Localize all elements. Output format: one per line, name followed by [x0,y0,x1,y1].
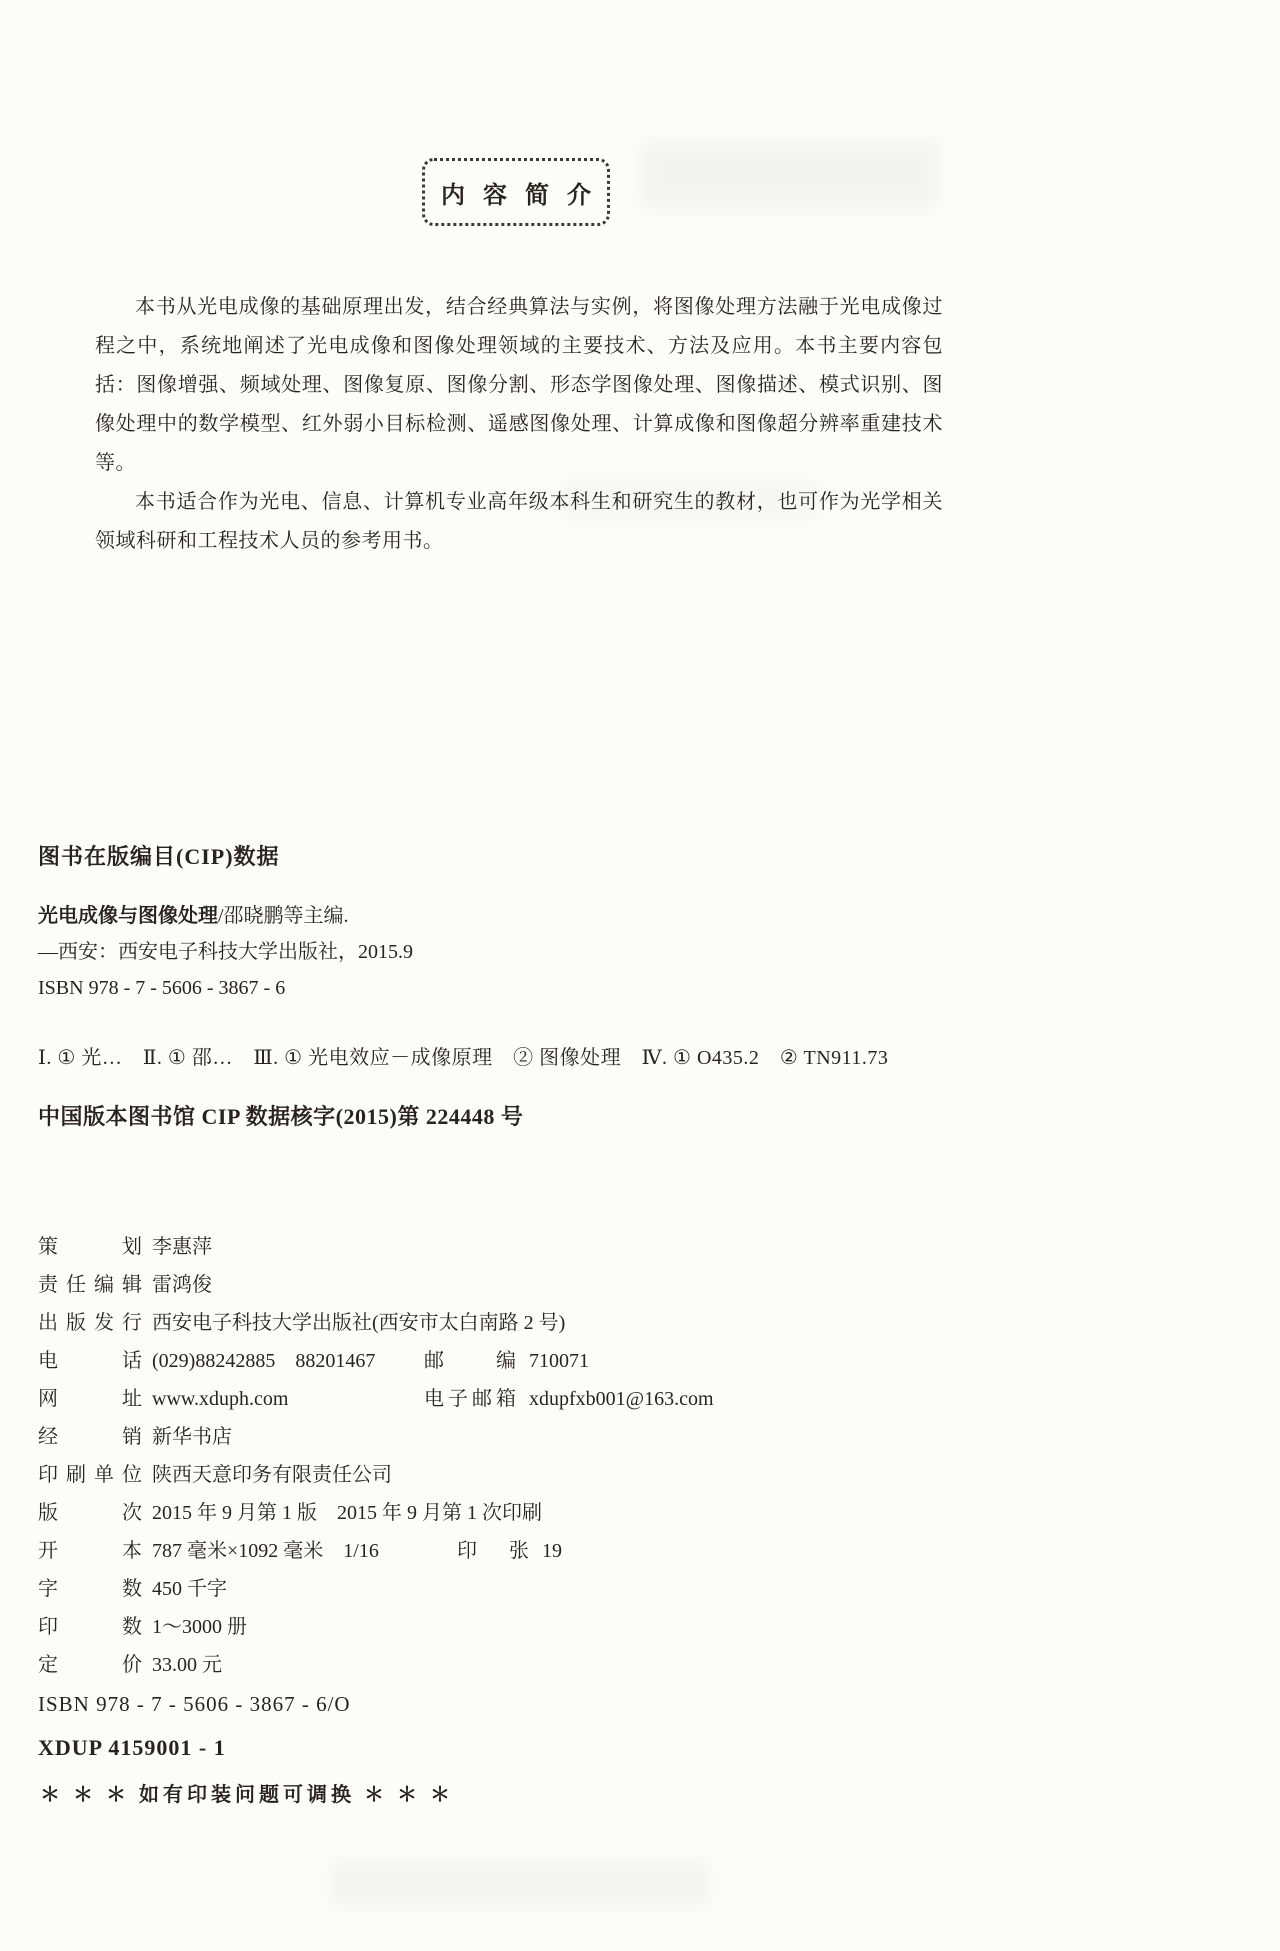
colophon-value: 450 千字 [152,1570,968,1608]
intro-paragraph-2: 本书适合作为光电、信息、计算机专业高年级本科生和研究生的教材，也可作为光学相关领… [95,483,943,561]
colophon-value: (029)88242885 88201467 [152,1342,424,1380]
colophon-row-distributor: 经销 新华书店 [38,1418,968,1456]
colophon-row-price: 定价 33.00 元 [38,1646,968,1684]
colophon-label: 开本 [38,1532,142,1570]
colophon-value-url: www.xduph.com [152,1380,424,1418]
cip-book-title: 光电成像与图像处理 [38,905,218,927]
intro-box-title: 内容简介 [441,175,609,210]
colophon-row-phone: 电话 (029)88242885 88201467 邮编 710071 [38,1342,968,1380]
cip-title-line: 光电成像与图像处理/邵晓鹏等主编. [38,898,968,934]
colophon-row-printrun: 印数 1～3000 册 [38,1608,968,1646]
colophon-label: 电话 [38,1342,142,1380]
colophon-label: 版次 [38,1494,142,1532]
colophon: 策划 李惠萍 责任编辑 雷鸿俊 出版发行 西安电子科技大学出版社(西安市太白南路… [38,1228,968,1684]
colophon-label: 字数 [38,1570,142,1608]
colophon-value: 2015 年 9 月第 1 版 2015 年 9 月第 1 次印刷 [152,1494,968,1532]
colophon-row-planner: 策划 李惠萍 [38,1228,968,1266]
colophon-value: 新华书店 [152,1418,968,1456]
colophon-label: 网址 [38,1380,142,1418]
colophon-label: 出版发行 [38,1304,142,1342]
footer-exchange-note: ＊ ＊ ＊ 如有印装问题可调换 ＊ ＊ ＊ [40,1778,454,1807]
colophon-value: 李惠萍 [152,1228,968,1266]
colophon-row-website: 网址 www.xduph.com 电子邮箱 xdupfxb001@163.com [38,1380,968,1418]
colophon-row-wordcount: 字数 450 千字 [38,1570,968,1608]
colophon-value: 雷鸿俊 [152,1266,968,1304]
footer-xdup-code: XDUP 4159001 - 1 [38,1735,226,1761]
colophon-value: 陕西天意印务有限责任公司 [152,1456,968,1494]
intro-text: 本书从光电成像的基础原理出发，结合经典算法与实例，将图像处理方法融于光电成像过程… [95,288,943,561]
footer-isbn-line: ISBN 978 - 7 - 5606 - 3867 - 6/O [38,1692,351,1717]
colophon-value: 33.00 元 [152,1646,968,1684]
colophon-value: 787 毫米×1092 毫米 1/16 [152,1532,457,1570]
colophon-label-email: 电子邮箱 [424,1380,516,1418]
cip-block: 图书在版编目(CIP)数据 光电成像与图像处理/邵晓鹏等主编. —西安：西安电子… [38,840,968,1131]
colophon-value-email: xdupfxb001@163.com [529,1380,714,1418]
cip-heading: 图书在版编目(CIP)数据 [38,840,968,871]
colophon-label: 印数 [38,1608,142,1646]
cip-publisher-line: —西安：西安电子科技大学出版社，2015.9 [38,934,968,970]
colophon-row-printer: 印刷单位 陕西天意印务有限责任公司 [38,1456,968,1494]
colophon-label: 策划 [38,1228,142,1266]
scan-artifact [640,140,940,210]
colophon-label: 印刷单位 [38,1456,142,1494]
intro-box-border: 内容简介 [422,158,610,226]
colophon-row-publisher: 出版发行 西安电子科技大学出版社(西安市太白南路 2 号) [38,1304,968,1342]
scan-artifact [330,1860,710,1906]
cip-isbn-line: ISBN 978 - 7 - 5606 - 3867 - 6 [38,970,968,1006]
colophon-label: 责任编辑 [38,1266,142,1304]
colophon-label: 经销 [38,1418,142,1456]
intro-paragraph-1: 本书从光电成像的基础原理出发，结合经典算法与实例，将图像处理方法融于光电成像过程… [95,288,943,483]
colophon-row-edition: 版次 2015 年 9 月第 1 版 2015 年 9 月第 1 次印刷 [38,1494,968,1532]
cip-record-line: 中国版本图书馆 CIP 数据核字(2015)第 224448 号 [38,1100,968,1131]
colophon-row-format: 开本 787 毫米×1092 毫米 1/16 印张 19 [38,1532,968,1570]
colophon-label-sheets: 印张 [457,1532,529,1570]
colophon-label-postcode: 邮编 [424,1342,516,1380]
colophon-value-sheets: 19 [542,1532,562,1570]
colophon-label: 定价 [38,1646,142,1684]
colophon-value: 西安电子科技大学出版社(西安市太白南路 2 号) [152,1304,968,1342]
colophon-value: 1～3000 册 [152,1608,968,1646]
colophon-row-editor: 责任编辑 雷鸿俊 [38,1266,968,1304]
colophon-value-postcode: 710071 [529,1342,589,1380]
copyright-page: 内容简介 本书从光电成像的基础原理出发，结合经典算法与实例，将图像处理方法融于光… [0,0,1280,1951]
cip-classification-line: Ⅰ. ① 光… Ⅱ. ① 邵… Ⅲ. ① 光电效应－成像原理 ② 图像处理 Ⅳ.… [38,1040,968,1076]
cip-editors: /邵晓鹏等主编. [218,905,349,927]
